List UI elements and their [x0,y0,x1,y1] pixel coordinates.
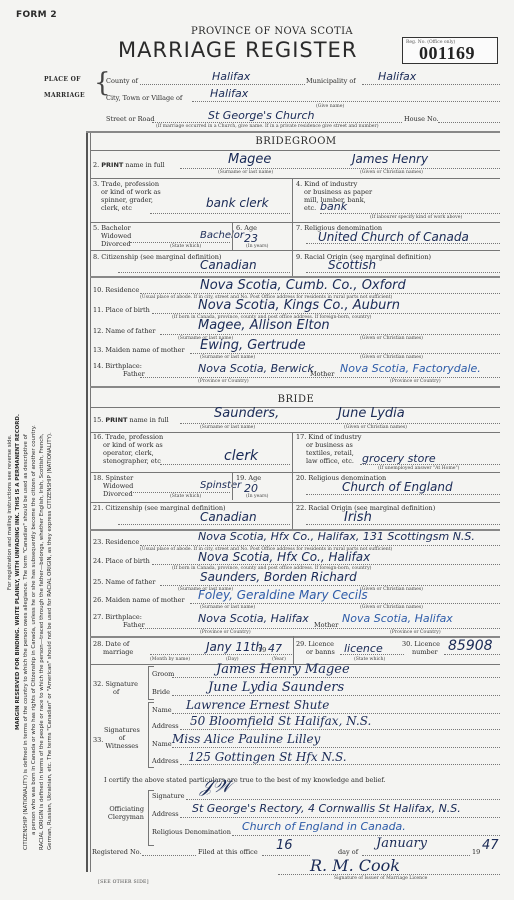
given-hint: (Given or Christian names) [360,605,423,610]
surname-hint: (Surname or last name) [200,355,255,360]
state-which-hint: (State which) [170,244,201,249]
given-hint: (Given or Christian names) [360,170,423,175]
bride-father: Saunders, Borden Richard [200,570,357,584]
witness2-address-label: Address [152,757,179,765]
groom-signature: James Henry Magee [216,662,350,677]
county-label: County of [106,77,138,85]
reg-number: 001169 [419,43,475,64]
certification-statement: I certify the above stated particulars a… [104,776,386,784]
province-hint: (Province or Country) [200,630,251,635]
margin-line-4: a person who was born in Canada or who h… [30,130,38,890]
witness1-name: Lawrence Ernest Shute [186,698,329,712]
margin-line-5: RACIAL ORIGIN is defined in terms of the… [38,130,46,890]
issuer-signature: R. M. Cook [310,856,400,875]
bride-trade: clerk [224,448,258,464]
form-number: FORM 2 [16,10,57,20]
witnesses-number: 33. [93,736,103,744]
filed-month: January [376,836,427,851]
filed-day: 16 [276,838,293,853]
filed-year-prefix: 19 [472,848,480,856]
groom-given-names: James Henry [352,152,428,166]
bride-birthplace: Nova Scotia, Hfx Co., Halifax [198,550,370,564]
margin-line-2: MARGIN RESERVED FOR BINDING. WRITE PLAIN… [14,130,22,890]
surname-hint: (Surname or last name) [200,425,255,430]
street-label: Street or Road [106,115,154,123]
province-hint: (Province or Country) [390,630,441,635]
groom-religion: United Church of Canada [318,230,469,244]
section-bride: BRIDE [92,394,500,405]
marriage-label: MARRIAGE [44,92,85,99]
in-years-hint: (In years) [246,494,268,499]
given-hint: (Given or Christian names) [360,355,423,360]
section-bridegroom: BRIDEGROOM [92,136,500,147]
signature-of-label: 32. Signatureof [93,680,138,696]
municipality-value: Halifax [378,70,416,83]
county-value: Halifax [212,70,250,83]
witness2-address: 125 Gottingen St Hfx N.S. [188,750,347,764]
bride-father-label: 25. Name of father [93,578,155,586]
registered-no-label: Registered No. [92,848,142,856]
licence-number: 85908 [448,638,493,654]
bride-given-names: June Lydia [338,406,405,421]
year-prefix: 19 [258,646,266,654]
groom-trade: bank clerk [206,196,269,210]
given-hint: (Given or Christian names) [344,425,407,430]
issuer-hint: Signature of Issuer of Marriage Licence [334,876,427,881]
groom-father-birthplace: Nova Scotia, Berwick [198,362,314,375]
groom-citizenship: Canadian [200,258,257,272]
bride-name-label: 15. PRINT name in full [93,416,169,424]
clergy-denomination-label: Religious Denomination [152,828,231,836]
bride-status-label: 18. SpinsterWidowedDivorced [93,474,133,498]
see-other-side: [SEE OTHER SIDE] [98,880,149,885]
groom-status-label: 5. BachelorWidowedDivorced [93,224,131,248]
clergy-address-label: Address [152,810,179,818]
bride-age-label: 19. Age [236,474,261,482]
given-hint: (Given or Christian names) [360,336,423,341]
groom-name-label: 2. PRINT name in full [93,161,165,169]
groom-age-label: 6. Age [236,224,257,232]
day-of-label: day of [338,848,358,856]
filed-label: Filed at this office [198,848,258,856]
bride-religion: Church of England [342,480,453,494]
province-hint: (Province or Country) [198,379,249,384]
industry-hint: (If labourer specify kind of work above) [370,215,462,220]
witness1-address-label: Address [152,722,179,730]
licence-or-banns: licence [344,642,383,655]
clergy-signature-label: Signature [152,792,185,800]
bride-residence: Nova Scotia, Hfx Co., Halifax, 131 Scott… [198,530,475,543]
state-which-hint: (State which) [170,494,201,499]
surname-hint: (Surname or last name) [200,605,255,610]
groom-father-label: 12. Name of father [93,327,155,335]
bride-industry: grocery store [362,452,436,465]
mother-birthplace-label: Mother [310,370,334,378]
licence-banns-label: 29. Licenceor banns [296,640,335,656]
page-title: MARRIAGE REGISTER [118,38,357,62]
bride-industry-label: 17. Kind of industryor business astextil… [296,433,361,465]
clergy-signature: 𝒥𝒲 [200,776,231,797]
province-heading: PROVINCE OF NOVA SCOTIA [0,26,514,37]
bride-mother-birthplace: Nova Scotia, Halifax [342,612,453,625]
groom-residence-label: 10. Residence [93,286,139,294]
bride-sig-label: Bride [152,688,170,696]
groom-mother-birthplace: Nova Scotia, Factorydale. [340,362,481,375]
margin-instructions: For registration and mailing instruction… [6,130,54,890]
filed-year: 47 [482,838,499,853]
bride-mother-label: 26. Maiden name of mother [93,596,185,604]
groom-surname: Magee [228,152,271,167]
witness1-name-label: Name [152,706,172,714]
groom-residence: Nova Scotia, Cumb. Co., Oxford [200,278,406,293]
groom-birthplace: Nova Scotia, Kings Co., Auburn [198,298,400,313]
groom-sig-label: Groom [152,670,174,678]
in-years-hint: (In years) [246,244,268,249]
witness2-name-label: Name [152,740,172,748]
province-hint: (Province or Country) [390,379,441,384]
witness2-name: Miss Alice Pauline Lilley [172,732,320,746]
bride-birthplace-label: 24. Place of birth [93,557,150,565]
groom-mother-label: 13. Maiden name of mother [93,346,185,354]
bride-racial-origin: Irish [344,510,372,525]
groom-racial-origin: Scottish [328,258,376,272]
place-of-label: PLACE OF [44,76,81,83]
bride-mother: Foley, Geraldine Mary Cecils [198,588,368,602]
witnesses-label: SignaturesofWitnesses [104,726,140,750]
margin-line-6: German, Russian, Ukrainian, etc. The ter… [46,130,54,890]
bride-trade-label: 16. Trade, professionor kind of work aso… [93,433,163,465]
groom-industry: bank [320,200,347,213]
licence-number-label: 30. Licencenumber [402,640,440,656]
margin-line-1: For registration and mailing instruction… [6,130,14,890]
clergy-denomination: Church of England in Canada. [242,820,406,833]
marriage-month-day: Jany 11th [206,640,263,654]
marriage-date-label: 28. Date ofmarriage [93,640,133,656]
street-value: St George's Church [208,109,315,122]
groom-mother: Ewing, Gertrude [200,338,306,353]
margin-line-3: CITIZENSHIP (NATIONALITY) is defined in … [22,130,30,890]
clergy-address: St George's Rectory, 4 Cornwallis St Hal… [192,802,461,815]
officiating-clergyman-label: OfficiatingClergyman [104,805,144,821]
month-hint: (Month by name) [150,657,190,662]
surname-hint: (Surname or last name) [218,170,273,175]
registration-number-box: Reg. No. (Office only) 001169 [402,37,498,64]
bride-surname: Saunders, [214,406,279,421]
marriage-year: 47 [268,642,282,655]
bride-citizenship: Canadian [200,510,257,524]
city-label: City, Town or Village of [106,94,182,102]
city-value: Halifax [210,87,248,100]
groom-father: Magee, Allison Elton [198,318,330,333]
groom-birthplace-parents-label: 14. Birthplace:Father [93,362,145,378]
groom-birthplace-label: 11. Place of birth [93,306,150,314]
bride-birthplace-parents-label: 27. Birthplace:Father [93,613,145,629]
bride-father-birthplace: Nova Scotia, Halifax [198,612,309,625]
mother-birthplace-label: Mother [314,621,338,629]
groom-trade-label: 3. Trade, professionor kind of work assp… [93,180,161,212]
witness1-address: 50 Bloomfield St Halifax, N.S. [190,714,371,728]
given-hint: (Given or Christian names) [360,587,423,592]
state-which-hint: (State which) [354,657,385,662]
industry-hint: (If unemployed answer "At Home") [378,466,459,471]
bride-residence-label: 23. Residence [93,538,139,546]
give-name-hint: (Give name) [316,104,344,109]
house-no-label: House No. [404,115,439,123]
street-hint: (If marriage occurred in a Church, give … [156,124,379,129]
bride-signature: June Lydia Saunders [208,680,344,695]
municipality-label: Municipality of [306,77,356,85]
